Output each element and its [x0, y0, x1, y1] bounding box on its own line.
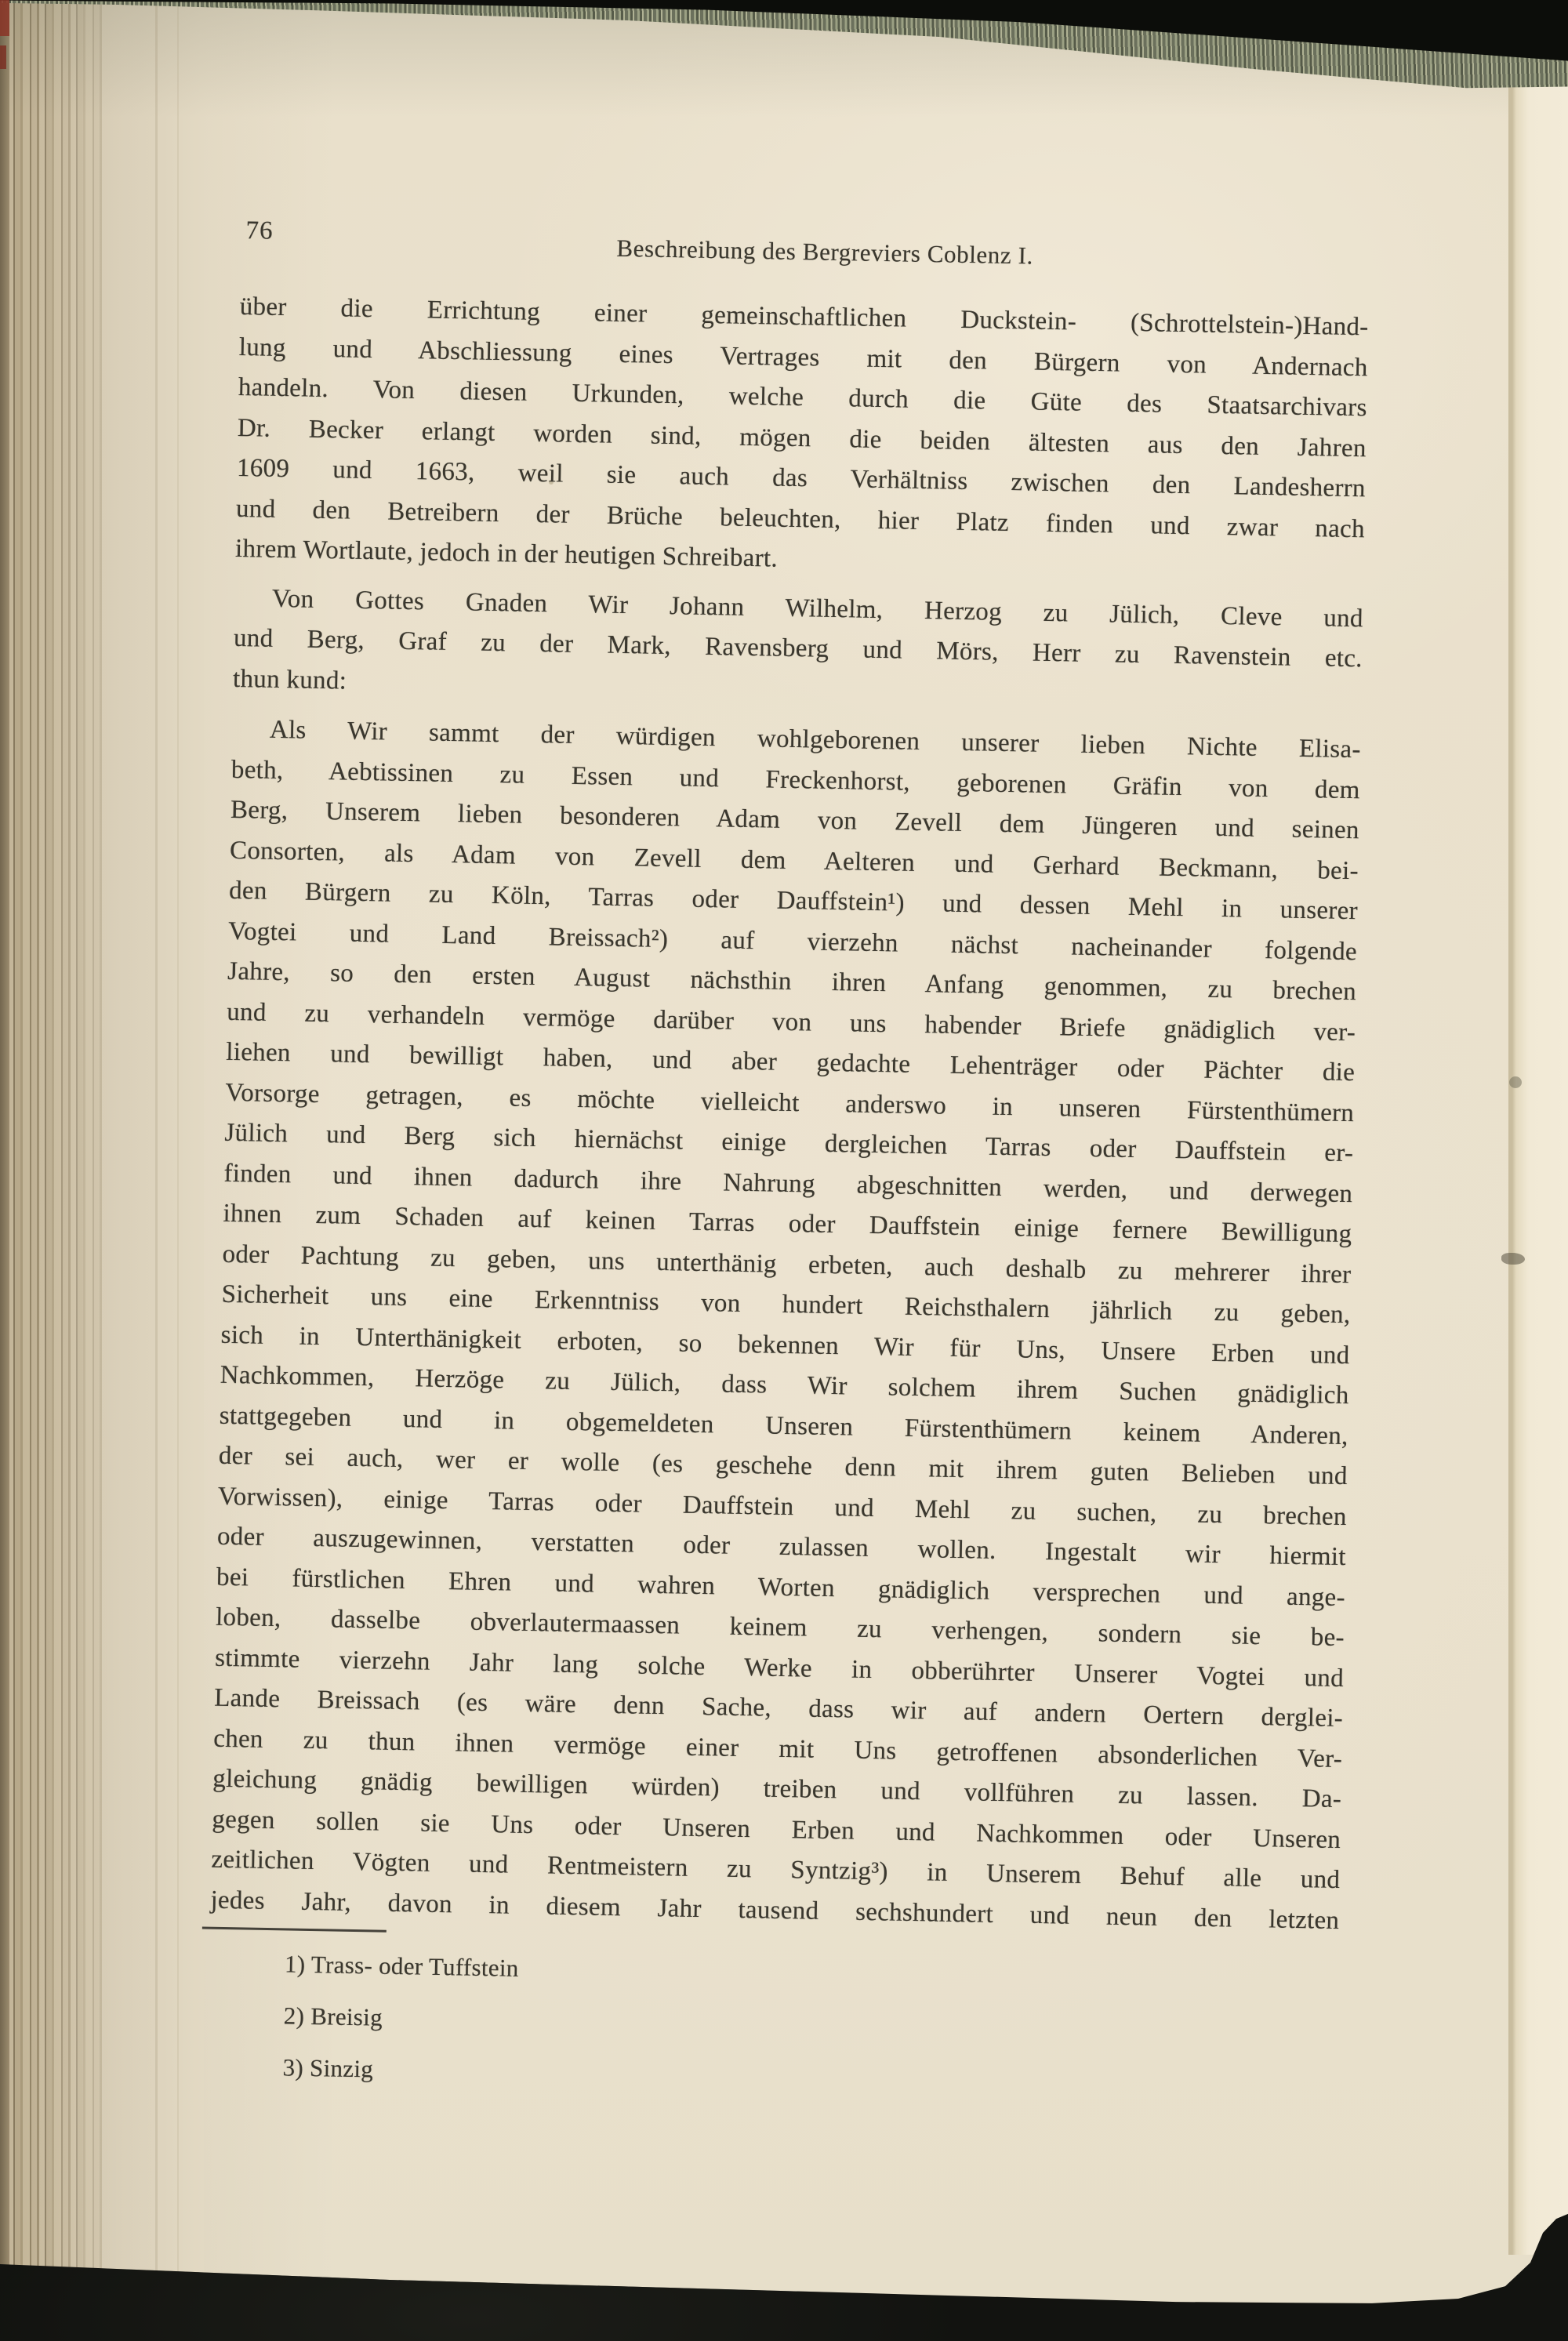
running-header: Beschreibung des Bergreviers Coblenz I. [260, 227, 1389, 276]
paragraph: Als Wir sammt der würdigen wohlgeborenen… [210, 710, 1361, 1941]
book-photo: 76 Beschreibung des Bergreviers Coblenz … [0, 0, 1568, 2341]
footnote-separator [202, 1926, 387, 1932]
body-text: über die Errichtung einer gemeinschaftli… [210, 287, 1369, 1941]
paragraph: über die Errichtung einer gemeinschaftli… [235, 287, 1369, 590]
red-edge-mark [0, 45, 6, 69]
right-page-under-edge [1508, 49, 1568, 2255]
red-edge-mark [0, 0, 9, 36]
printed-page-content: 76 Beschreibung des Bergreviers Coblenz … [207, 212, 1370, 2113]
page-crease [177, 0, 179, 2341]
paragraph: Von Gottes Gnaden Wir Johann Wilhelm, He… [233, 578, 1364, 720]
page-crease [155, 0, 158, 2341]
margin-speck [1509, 1076, 1522, 1088]
margin-speck [1501, 1253, 1525, 1265]
footnotes: 1) Trass- oder Tuffstein2) Breisig3) Sin… [282, 1938, 1338, 2113]
